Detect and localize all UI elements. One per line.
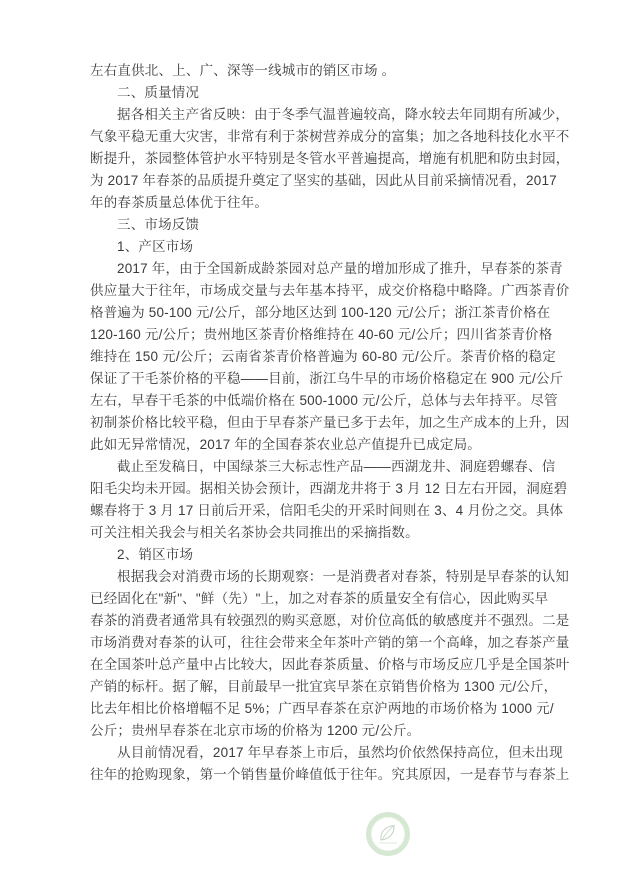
text-line: 在全国茶叶总产量中占比较大，因此春茶质量、价格与市场反应几乎是全国茶叶	[90, 654, 568, 676]
text-line: 阳毛尖均未开园。据相关协会预计，西湖龙井将于 3 月 12 日左右开园，洞庭碧	[90, 478, 568, 500]
text-line: 二、质量情况	[90, 82, 568, 104]
leaf-icon	[374, 820, 402, 848]
text-line: 三、市场反馈	[90, 214, 568, 236]
tea-leaf-logo	[366, 812, 410, 856]
text-line: 气象平稳无重大灾害，非常有利于茶树营养成分的富集；加之各地科技化水平不	[90, 126, 568, 148]
text-line: 断提升，茶园整体管护水平特别是冬管水平普遍提高，增施有机肥和防虫封园，	[90, 148, 568, 170]
text-line: 已经固化在"新"、"鲜（先）"上，加之对春茶的质量安全有信心，因此购买早	[90, 588, 568, 610]
text-line: 左右直供北、上、广、深等一线城市的销区市场 。	[90, 60, 568, 82]
document-body: 左右直供北、上、广、深等一线城市的销区市场 。二、质量情况据各相关主产省反映：由…	[90, 60, 568, 786]
text-line: 市场消费对春茶的认可，往往会带来全年茶叶产销的第一个高峰，加之春茶产量	[90, 632, 568, 654]
text-line: 公斤；贵州早春茶在北京市场的价格为 1200 元/公斤。	[90, 720, 568, 742]
text-line: 120-160 元/公斤；贵州地区茶青价格维持在 40-60 元/公斤；四川省茶…	[90, 324, 568, 346]
text-line: 根据我会对消费市场的长期观察：一是消费者对春茶，特别是早春茶的认知	[90, 566, 568, 588]
text-line: 供应量大于往年，市场成交量与去年基本持平，成交价格稳中略降。广西茶青价	[90, 280, 568, 302]
text-line: 往年的抢购现象，第一个销售量价峰值低于往年。究其原因，一是春节与春茶上	[90, 764, 568, 786]
text-line: 比去年相比价格增幅不足 5%；广西早春茶在京沪两地的市场价格为 1000 元/	[90, 698, 568, 720]
text-line: 2017 年，由于全国新成龄茶园对总产量的增加形成了推升，早春茶的茶青	[90, 258, 568, 280]
text-line: 1、产区市场	[90, 236, 568, 258]
text-line: 可关注相关我会与相关名茶协会共同推出的采摘指数。	[90, 522, 568, 544]
text-line: 螺春将于 3 月 17 日前后开采，信阳毛尖的开采时间则在 3、4 月份之交。具…	[90, 500, 568, 522]
text-line: 初制茶价格比较平稳，但由于早春茶产量已多于去年，加之生产成本的上升，因	[90, 412, 568, 434]
text-line: 年的春茶质量总体优于往年。	[90, 192, 568, 214]
text-line: 维持在 150 元/公斤；云南省茶青价格普遍为 60-80 元/公斤。茶青价格的…	[90, 346, 568, 368]
text-line: 左右，早春干毛茶的中低端价格在 500-1000 元/公斤，总体与去年持平。尽管	[90, 390, 568, 412]
text-line: 格普遍为 50-100 元/公斤，部分地区达到 100-120 元/公斤；浙江茶…	[90, 302, 568, 324]
page: { "page": { "background_color": "#ffffff…	[0, 0, 620, 877]
text-line: 保证了干毛茶价格的平稳——目前，浙江乌牛早的市场价格稳定在 900 元/公斤	[90, 368, 568, 390]
text-line: 截止至发稿日，中国绿茶三大标志性产品——西湖龙井、洞庭碧螺春、信	[90, 456, 568, 478]
text-line: 2、销区市场	[90, 544, 568, 566]
text-line: 春茶的消费者通常具有较强烈的购买意愿，对价位高低的敏感度并不强烈。二是	[90, 610, 568, 632]
text-line: 从目前情况看，2017 年早春茶上市后，虽然均价依然保持高位，但未出现	[90, 742, 568, 764]
text-line: 产销的标杆。据了解，目前最早一批宜宾早茶在京销售价格为 1300 元/公斤，	[90, 676, 568, 698]
text-line: 此如无异常情况，2017 年的全国春茶农业总产值提升已成定局。	[90, 434, 568, 456]
text-line: 为 2017 年春茶的品质提升奠定了坚实的基础，因此从目前采摘情况看，2017	[90, 170, 568, 192]
text-line: 据各相关主产省反映：由于冬季气温普遍较高，降水较去年同期有所减少，	[90, 104, 568, 126]
